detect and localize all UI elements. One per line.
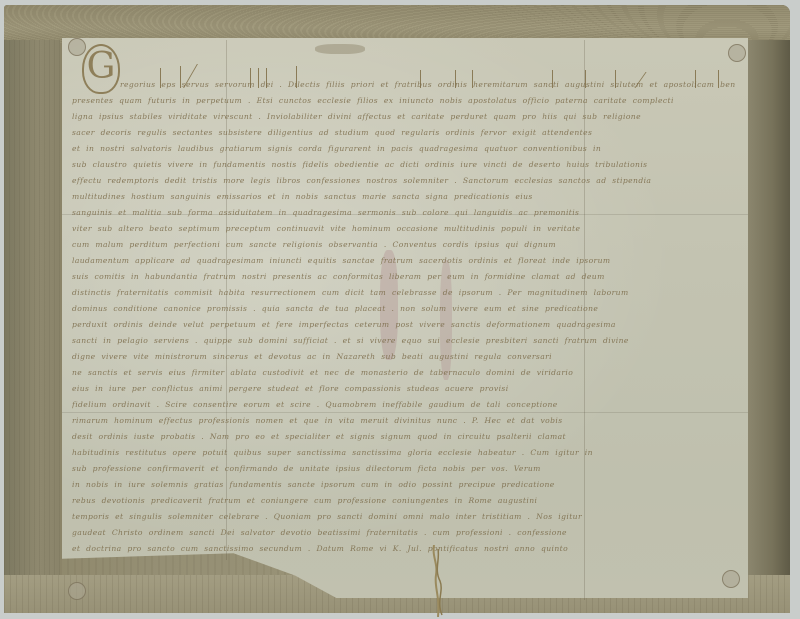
text-line: digne vivere vite ministrorum sincerus e…: [72, 352, 740, 361]
text-line: effectu redemptoris dedit tristis more l…: [72, 176, 740, 185]
text-line: sancti in pelagio serviens . quippe sub …: [72, 336, 740, 345]
text-line: temporis et singulis solemniter celebrar…: [72, 512, 740, 521]
text-line: et doctrina pro sancto cum sanctissimo s…: [72, 544, 740, 553]
text-line: et in nostri salvatoris laudibus gratiar…: [72, 144, 740, 153]
text-line: habitudinis restitutus opere potuit quib…: [72, 448, 740, 457]
text-line: perduxit ordinis deinde velut perpetuum …: [72, 320, 740, 329]
text-line: viter sub altero beato septimum preceptu…: [72, 224, 740, 233]
text-line: presentes quam futuris in perpetuum . Et…: [72, 96, 740, 105]
text-line: ne sanctis et servis eius firmiter ablat…: [72, 368, 740, 377]
text-line: multitudines hostium sanguinis emissario…: [72, 192, 740, 201]
pin-mark-icon: [68, 582, 86, 600]
text-line: eius in iure per conflictus animi perger…: [72, 384, 740, 393]
text-line: desit ordinis iuste probatis . Nam pro e…: [72, 432, 740, 441]
text-line: in nobis in iure solemnis gratias fundam…: [72, 480, 740, 489]
text-line: distinctis fraternitatis commisit habita…: [72, 288, 740, 297]
decorated-initial: G: [82, 44, 120, 94]
board-right-edge: [746, 40, 790, 610]
text-line: regorius eps servus servorum dei . Dilec…: [120, 80, 740, 89]
text-line: dominus conditione canonice promissis . …: [72, 304, 740, 313]
board-left-edge: [4, 40, 60, 610]
text-line: rimarum hominum effectus professionis no…: [72, 416, 740, 425]
text-line: gaudeat Christo ordinem sancti Dei salva…: [72, 528, 740, 537]
pin-mark-icon: [722, 570, 740, 588]
text-body: presentes quam futuris in perpetuum . Et…: [72, 96, 740, 566]
text-line: sacer decoris regulis sectantes subsiste…: [72, 128, 740, 137]
text-line: sanguinis et malitia sub forma assiduita…: [72, 208, 740, 217]
text-line: sub claustro quietis vivere in fundament…: [72, 160, 740, 169]
text-line: sub professione confirmaverit et confirm…: [72, 464, 740, 473]
board-top-edge: [4, 5, 790, 43]
text-line: suis comitis in habundantia fratrum nost…: [72, 272, 740, 281]
text-line: ligna ipsius stabiles viriditate virescu…: [72, 112, 740, 121]
text-line: fidelium ordinavit . Scire consentire eo…: [72, 400, 740, 409]
text-line: rebus devotionis predicaverit fratrum et…: [72, 496, 740, 505]
pin-mark-icon: [68, 38, 86, 56]
seal-cord-icon: [428, 545, 450, 617]
text-line: cum malum perditum perfectioni cum sanct…: [72, 240, 740, 249]
text-line: laudamentum applicare ad quadragesimam i…: [72, 256, 740, 265]
photograph: G regorius eps servus servorum dei . Dil…: [0, 0, 800, 619]
water-stain: [315, 44, 365, 54]
pin-mark-icon: [728, 44, 746, 62]
